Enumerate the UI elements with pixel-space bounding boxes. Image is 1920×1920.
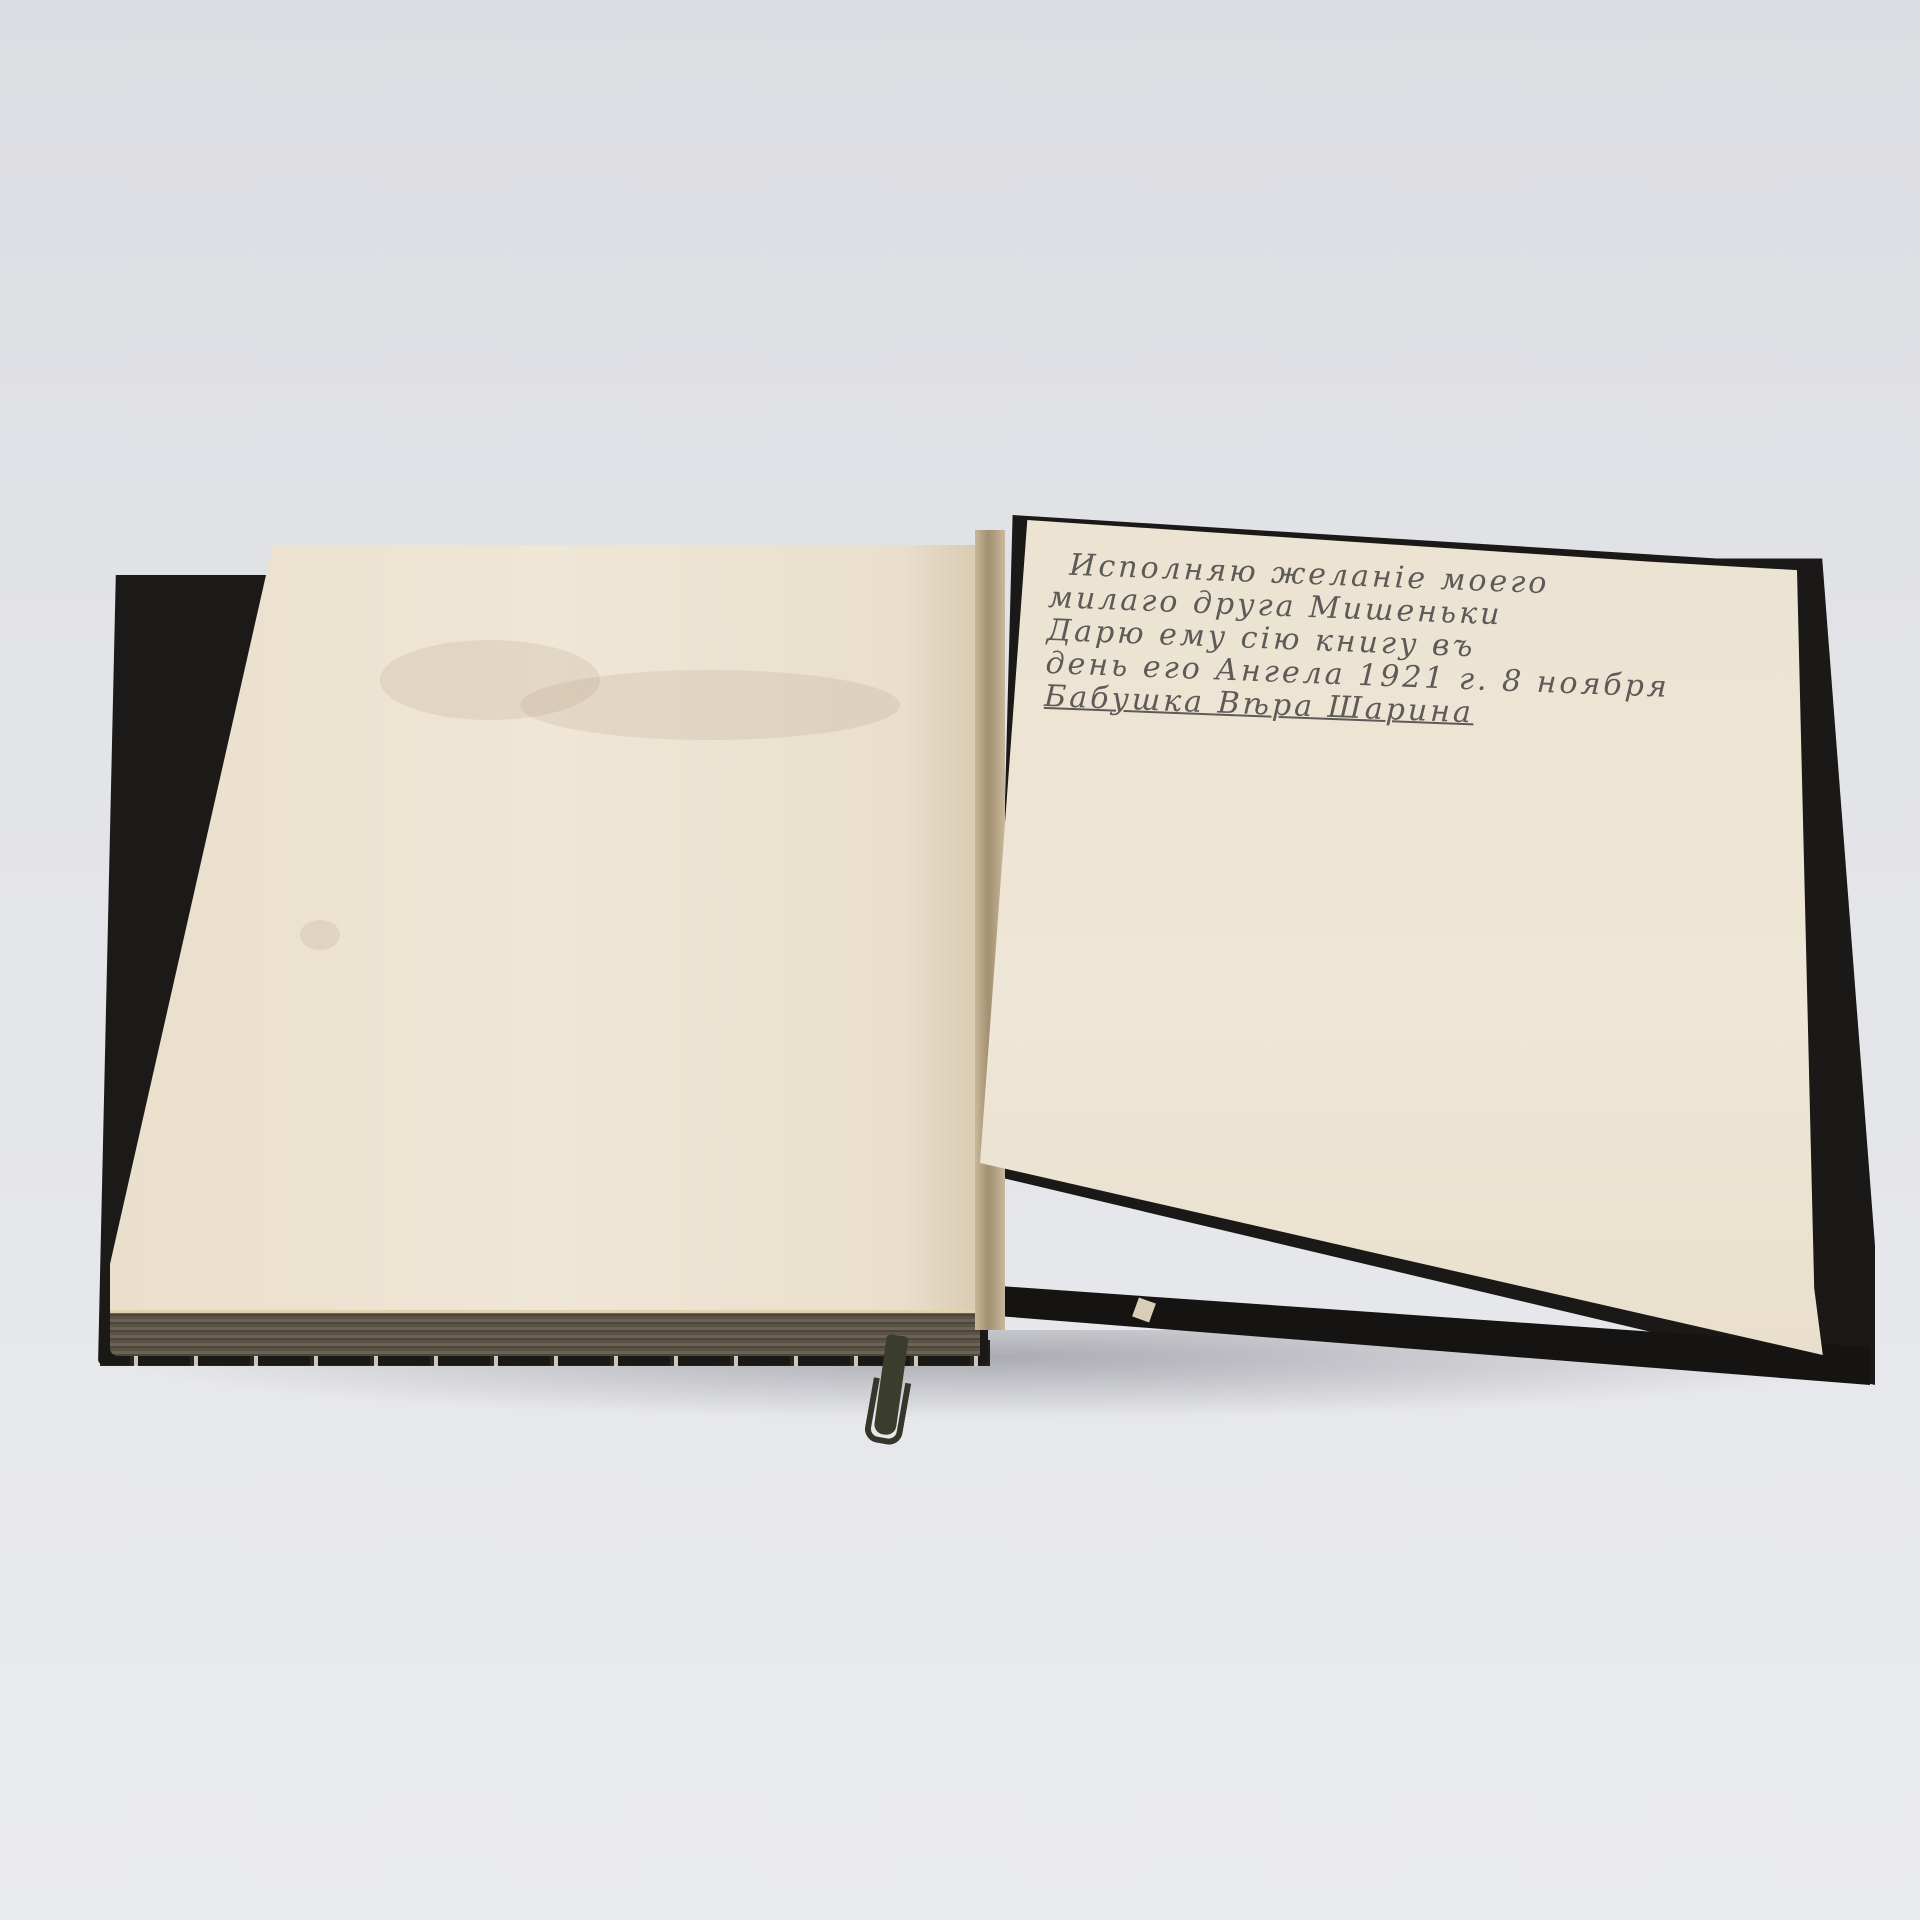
page-block-edge <box>110 1308 980 1356</box>
page-stain <box>520 670 900 740</box>
page-stain <box>300 920 340 950</box>
book-photo-scene: Исполняю желаніе моего милаго друга Мише… <box>0 0 1920 1920</box>
handwritten-inscription: Исполняю желаніе моего милаго друга Мише… <box>1044 548 1690 737</box>
